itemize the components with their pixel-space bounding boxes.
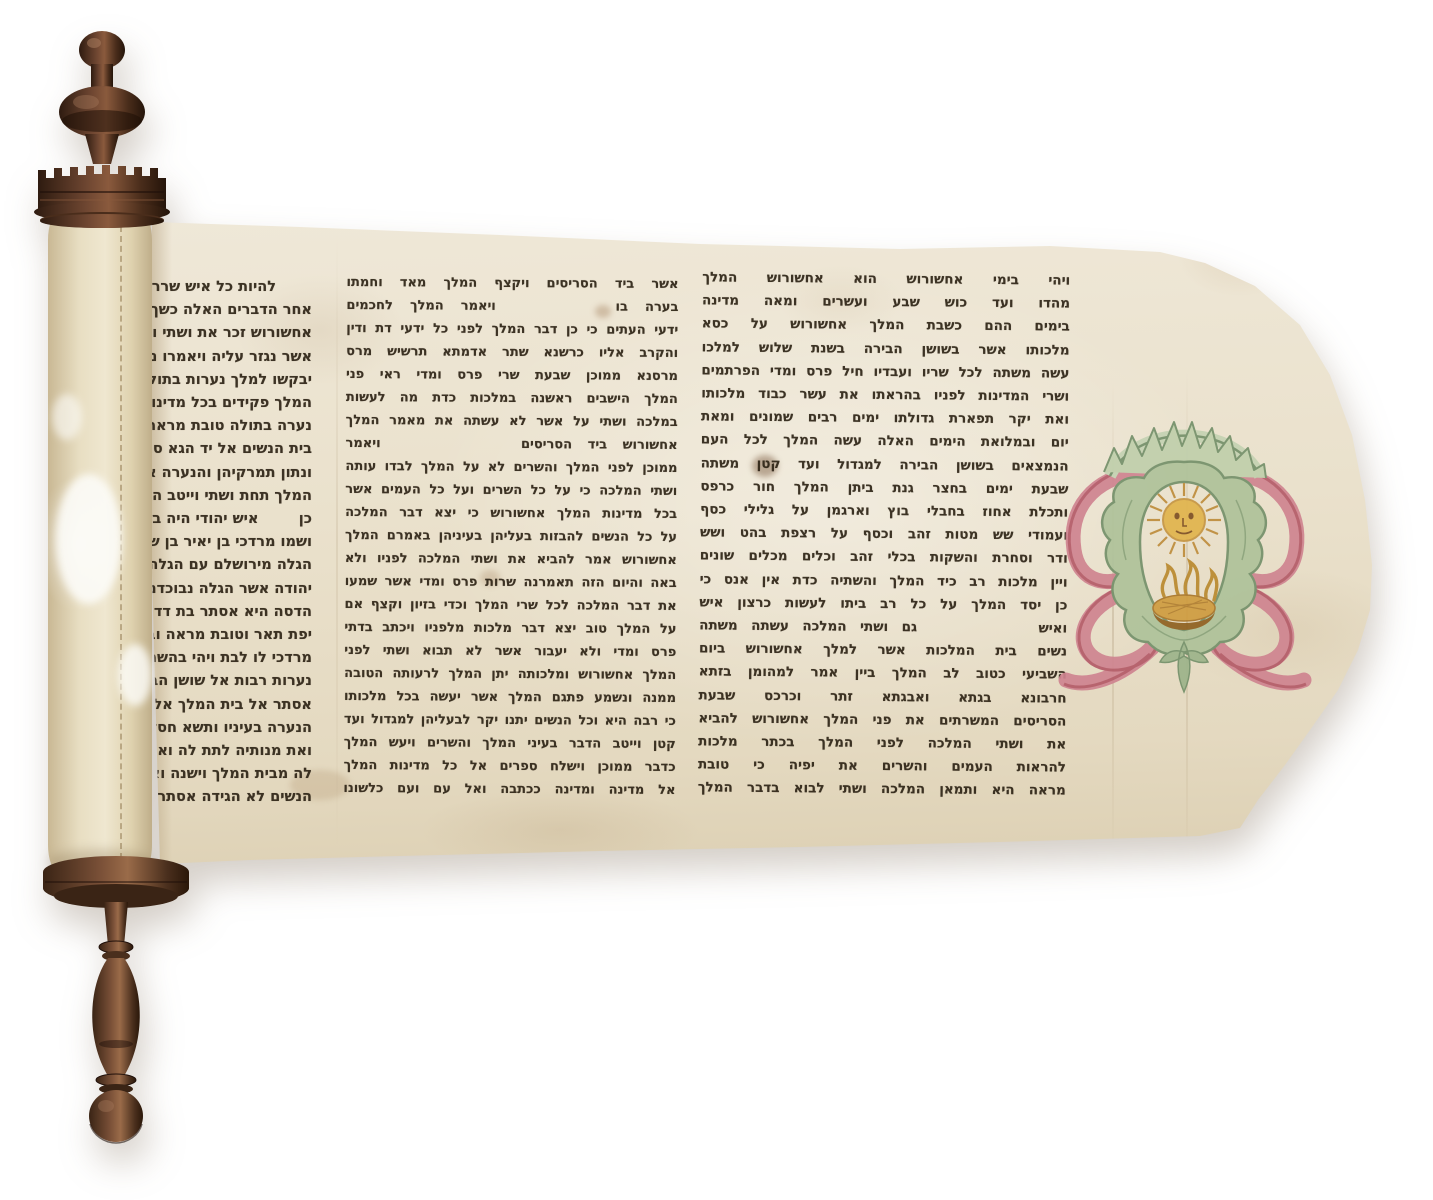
text-line: אל מדינה ומדינה ככתבה ואל עם ועם כלשונו xyxy=(343,777,675,802)
handle-end-ball xyxy=(89,1090,143,1142)
text-line: המלך אחשורוש ומלכותה יתן המלך לרעותה הטו… xyxy=(344,662,676,687)
cartouche-illustration xyxy=(1052,390,1317,700)
text-line: ויהי בימי אחשורוש הוא אחשורוש המלך xyxy=(702,266,1070,292)
roller-top-finial xyxy=(28,28,178,228)
text-line: ועמודי שש מטות זהב וכסף על רצפת בהט ושש xyxy=(700,522,1068,548)
text-line: מראה היא ותמאן המלכה ושתי לבוא בדבר המלך xyxy=(698,777,1066,803)
text-line: המלך הישבים ראשנה במלכות כדת מה לעשות xyxy=(346,386,678,411)
parchment-damage-patch xyxy=(118,644,152,706)
text-line: כן יסד המלך על כל רב ביתו לעשות כרצון אי… xyxy=(699,591,1067,617)
scroll-object: להיות כל איש שרר בביתו ומדבר כלשון עמואח… xyxy=(0,0,1433,1200)
text-line: את ושתי המלכה לפני המלך בכתר מלכות xyxy=(698,730,1066,756)
text-line: והקרב אליו כרשנא שתר אדמתא תרשיש מרס xyxy=(346,340,678,365)
text-line: כי רבה היא וכל הנשים יתנו יקר לבעליהן למ… xyxy=(344,708,676,733)
text-line: עשה משתה לכל שריו ועבדיו חיל פרס ומדי הפ… xyxy=(701,359,1069,385)
text-line: אחשורוש ביד הסריסים ויאמר xyxy=(345,432,677,457)
text-column-esther-ch1a: ויהי בימי אחשורוש הוא אחשורוש המלךמהדו ו… xyxy=(698,266,1071,803)
text-line: את דבר המלכה לכל שרי המלך וכדי בזיון וקצ… xyxy=(345,593,677,618)
text-line: השביעי כטוב לב המלך ביין אמר למהומן בזתא xyxy=(699,661,1067,687)
text-line: ואת יקר תפארת גדולתו ימים רבים שמונים ומ… xyxy=(701,406,1069,432)
text-line: הנמצאים בשושן הבירה למגדול ועד קטן משתה xyxy=(701,452,1069,478)
text-line: במלכה ושתי על אשר לא עשתה את מאמר המלך xyxy=(346,409,678,434)
text-line: ידעי העתים כי כן דבר המלך לפני כל ידעי ד… xyxy=(346,317,678,342)
parchment-sheet: להיות כל איש שרר בביתו ומדבר כלשון עמואח… xyxy=(140,210,1390,870)
text-line: בימים ההם כשבת המלך אחשורוש על כסא xyxy=(702,313,1070,339)
text-line: אשר ביד הסריסים ויקצף המלך מאד וחמתו xyxy=(346,271,678,296)
finial-knob xyxy=(79,31,125,69)
text-line: ודר וסחרת והשקות בכלי זהב וכלים מכלים שו… xyxy=(700,545,1068,571)
text-line: ממנה ונשמע פתגם המלך אשר יעשה בכל מלכותו xyxy=(344,685,676,710)
text-line: מהדו ועד כוש שבע ועשרים ומאה מדינה xyxy=(702,290,1070,316)
nest-motif xyxy=(1153,562,1217,630)
roller-bottom-handle xyxy=(28,848,218,1148)
parchment-damage-patch xyxy=(52,394,82,440)
text-line: על כל הנשים להבזות בעליהן בעיניהן באמרם … xyxy=(345,524,677,549)
text-line: ואיש גם ושתי המלכה עשתה משתה xyxy=(699,614,1067,640)
crown-cap xyxy=(34,165,170,228)
text-line: ויין מלכות רב כיד המלך והשתיה כדת אין אנ… xyxy=(700,568,1068,594)
text-line: ושתי המלכה כי על כל השרים ועל כל העמים א… xyxy=(345,478,677,503)
text-line: ממוכן לפני המלך והשרים לא על המלך לבדו ע… xyxy=(345,455,677,480)
text-line: על המלך טוב יצא דבר מלכות מלפניו ויכתב ב… xyxy=(344,616,676,641)
text-line: מלכותו אשר בשושן הבירה בשנת שלוש למלכו xyxy=(702,336,1070,362)
text-line: ושרי המדינות לפניו בהראתו את עשר כבוד מל… xyxy=(701,382,1069,408)
parchment-damage-patch xyxy=(56,474,122,604)
text-line: קטן וייטב הדבר בעיני המלך והשרים ויעש המ… xyxy=(344,731,676,756)
parchment-roll xyxy=(48,214,152,871)
text-line: כדבר ממוכן וישלח ספרים אל כל מדינות המלך xyxy=(344,754,676,779)
sun-face-motif xyxy=(1147,483,1221,557)
text-line: בערה בו ויאמר המלך לחכמים xyxy=(346,294,678,319)
text-line: באה והיום הזה תאמרנה שרות פרס ומדי אשר ש… xyxy=(345,570,677,595)
ink-stain xyxy=(1220,240,1250,262)
text-line: פרס ומדי ולא יעבור אשר לא תבוא ושתי לפני xyxy=(344,639,676,664)
text-line: בכל מדינות המלך אחשורוש כי יצא דבר המלכה xyxy=(345,501,677,526)
text-line: יום ובמלואת הימים האלה עשה המלך לכל העם xyxy=(701,429,1069,455)
text-line: חרבונא בגתא ואבגתא זתר וכרכס שבעת xyxy=(698,684,1066,710)
handle-disc xyxy=(43,856,189,908)
text-line: מרסנא ממוכן שבעת שרי פרס ומדי ראי פני xyxy=(346,363,678,388)
text-line: נשים בית המלכות אשר למלך אחשורוש ביום xyxy=(699,638,1067,664)
text-line: אחשורוש אמר להביא את ושתי המלכה לפניו ול… xyxy=(345,547,677,572)
text-column-esther-ch1b: אשר ביד הסריסים ויקצף המלך מאד וחמתובערה… xyxy=(343,271,678,802)
text-line: להראות העמים והשרים את יפיה כי טובת xyxy=(698,754,1066,780)
crease-line xyxy=(336,230,338,850)
handle-baluster xyxy=(92,958,140,1076)
text-line: שבעת ימים בחצר גנת ביתן המלך חור כרפס xyxy=(700,475,1068,501)
text-line: ותכלת אחוז בחבלי בוץ וארגמן על גלילי כסף xyxy=(700,498,1068,524)
esther-scroll-photo: להיות כל איש שרר בביתו ומדבר כלשון עמואח… xyxy=(0,0,1433,1200)
text-line: הסריסים המשרתים את פני המלך אחשורוש להבי… xyxy=(698,707,1066,733)
